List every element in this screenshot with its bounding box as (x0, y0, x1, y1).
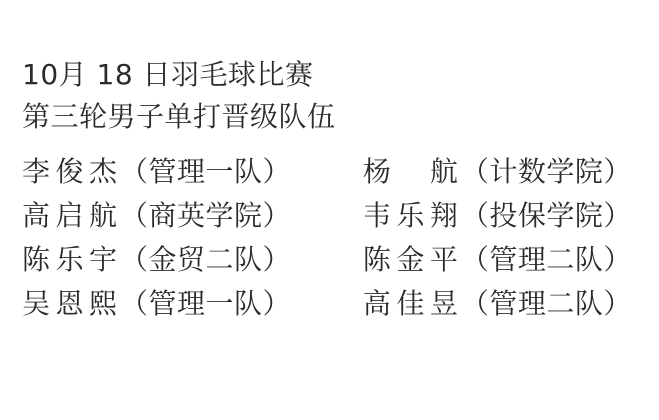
player-entry: 韦乐翔 （投保学院） (363, 194, 642, 234)
player-entry: 杨航 （计数学院） (363, 150, 642, 190)
player-entry: 李俊杰 （管理一队） (22, 150, 363, 190)
player-name: 陈金平 (363, 238, 459, 278)
document: 10月 18 日羽毛球比赛 第三轮男子单打晋级队伍 李俊杰 （管理一队） 杨航 … (22, 60, 642, 324)
roster-row: 陈乐宇 （金贸二队） 陈金平 （管理二队） (22, 236, 642, 280)
player-entry: 高佳昱 （管理二队） (363, 282, 642, 322)
player-entry: 陈金平 （管理二队） (363, 238, 642, 278)
player-team: （管理二队） (461, 238, 632, 278)
player-entry: 吴恩熙 （管理一队） (22, 282, 363, 322)
player-team: （投保学院） (461, 194, 632, 234)
player-name: 杨航 (363, 150, 459, 190)
qualified-roster: 李俊杰 （管理一队） 杨航 （计数学院） 高启航 （商英学院） 韦乐翔 （投保学… (22, 148, 642, 324)
player-team: （管理二队） (461, 282, 632, 322)
title-round-category: 第三轮男子单打晋级队伍 (22, 102, 642, 144)
player-name: 高启航 (22, 194, 118, 234)
player-name: 韦乐翔 (363, 194, 459, 234)
player-team: （金贸二队） (120, 238, 291, 278)
player-name: 李俊杰 (22, 150, 118, 190)
player-team: （计数学院） (461, 150, 632, 190)
roster-row: 高启航 （商英学院） 韦乐翔 （投保学院） (22, 192, 642, 236)
player-team: （管理一队） (120, 282, 291, 322)
player-name: 吴恩熙 (22, 282, 118, 322)
roster-row: 李俊杰 （管理一队） 杨航 （计数学院） (22, 148, 642, 192)
player-entry: 陈乐宇 （金贸二队） (22, 238, 363, 278)
player-entry: 高启航 （商英学院） (22, 194, 363, 234)
player-team: （商英学院） (120, 194, 291, 234)
player-name: 高佳昱 (363, 282, 459, 322)
player-team: （管理一队） (120, 150, 291, 190)
title-date-event: 10月 18 日羽毛球比赛 (22, 60, 642, 102)
player-name: 陈乐宇 (22, 238, 118, 278)
roster-row: 吴恩熙 （管理一队） 高佳昱 （管理二队） (22, 280, 642, 324)
